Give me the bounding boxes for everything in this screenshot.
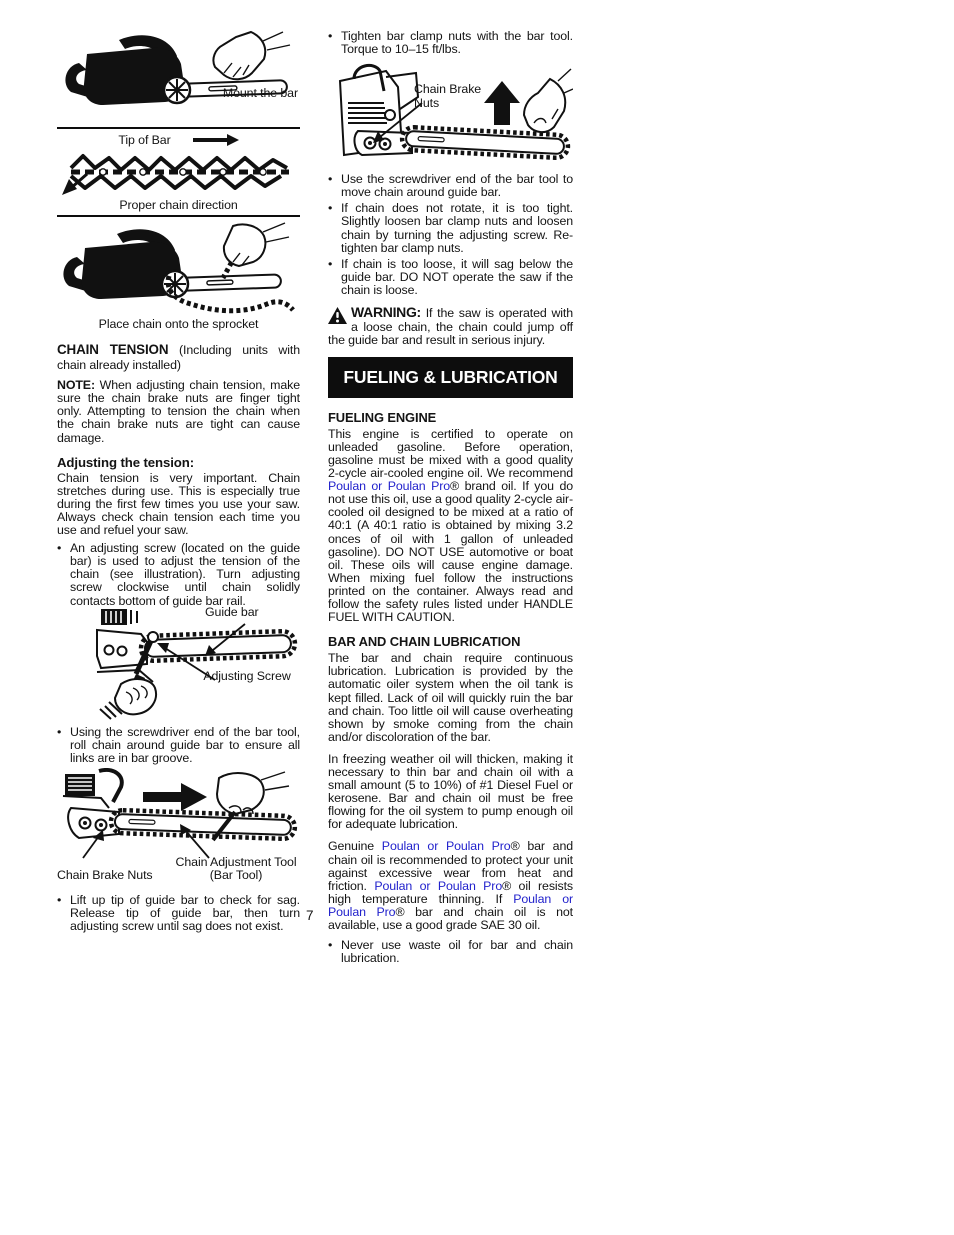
figure-bar-tool: Chain Brake Nuts Chain Adjustment Tool (…	[57, 768, 300, 888]
bullet-text: If chain does not rotate, it is too tigh…	[341, 202, 573, 254]
bar-chain-lubrication-heading: BAR AND CHAIN LUBRICATION	[328, 634, 573, 649]
bullet-marker: •	[328, 30, 341, 56]
bullet-text: If chain is too loose, it will sag below…	[341, 258, 573, 297]
divider	[57, 215, 300, 217]
bullet-marker: •	[328, 202, 341, 254]
text-segment: This engine is certified to operate on u…	[328, 427, 573, 480]
bar-tool-label: Chain Adjustment Tool (Bar Tool)	[171, 856, 301, 883]
bullet-item: • Never use waste oil for bar and chain …	[328, 939, 573, 965]
bullet-item: • Using the screwdriver end of the bar t…	[57, 726, 300, 765]
bullet-item: • Lift up tip of guide bar to check for …	[57, 894, 300, 933]
bullet-text: Use the screwdriver end of the bar tool …	[341, 173, 573, 199]
bullet-marker: •	[57, 542, 70, 607]
bullet-marker: •	[57, 894, 70, 933]
chain-tension-heading: CHAIN TENSION (Including units with chai…	[57, 343, 300, 372]
right-column: • Tighten bar clamp nuts with the bar to…	[328, 25, 573, 965]
bullet-text: Using the screwdriver end of the bar too…	[70, 726, 300, 765]
bullet-item: • An adjusting screw (located on the gui…	[57, 542, 300, 607]
figure-mount-bar: Mount the bar	[57, 28, 300, 124]
bullet-item: • Use the screwdriver end of the bar too…	[328, 173, 573, 199]
text-segment: Poulan or Poulan Pro	[374, 879, 502, 893]
guide-bar-illustration	[95, 608, 300, 720]
figure-place-chain: Place chain onto the sprocket	[57, 220, 300, 331]
genuine-oil-paragraph: Genuine Poulan or Poulan Pro® bar and ch…	[328, 840, 573, 932]
page-number: 7	[306, 908, 314, 923]
mount-bar-illustration	[57, 28, 300, 123]
place-chain-illustration	[57, 220, 300, 317]
chain-direction-caption: Proper chain direction	[57, 198, 300, 212]
bar-tool-illustration	[57, 768, 300, 860]
bullet-item: • Tighten bar clamp nuts with the bar to…	[328, 30, 573, 56]
bullet-marker: •	[328, 258, 341, 297]
bullet-text: Tighten bar clamp nuts with the bar tool…	[341, 30, 573, 56]
bar-chain-paragraph-1: The bar and chain require continuous lub…	[328, 652, 573, 744]
chain-brake-nuts-illustration	[328, 61, 573, 166]
bullet-text: Never use waste oil for bar and chain lu…	[341, 939, 573, 965]
bullet-text: An adjusting screw (located on the guide…	[70, 542, 300, 607]
warning-paragraph: WARNING: If the saw is operated with a l…	[328, 306, 573, 348]
figure-chain-brake-nuts: Chain Brake Nuts	[328, 61, 573, 168]
bullet-item: • If chain does not rotate, it is too ti…	[328, 202, 573, 254]
guide-bar-label: Guide bar	[205, 606, 259, 620]
tip-of-bar-label: Tip of Bar	[118, 133, 170, 147]
bullet-marker: •	[57, 726, 70, 765]
text-segment: NOTE:	[57, 378, 95, 392]
warning-text: WARNING: If the saw is operated with a l…	[328, 306, 573, 347]
text-segment: Poulan or Poulan Pro	[328, 479, 450, 493]
divider	[57, 127, 300, 129]
chain-brake-nuts-label: Chain Brake Nuts	[57, 869, 153, 883]
fueling-lubrication-banner: FUELING & LUBRICATION	[328, 357, 573, 398]
bar-chain-paragraph-2: In freezing weather oil will thicken, ma…	[328, 753, 573, 832]
right-arrow-icon	[193, 134, 239, 146]
place-chain-caption: Place chain onto the sprocket	[57, 317, 300, 331]
text-segment: CHAIN TENSION	[57, 342, 168, 357]
mount-bar-caption: Mount the bar	[223, 87, 298, 101]
fueling-engine-heading: FUELING ENGINE	[328, 410, 573, 425]
adjusting-screw-label: Adjusting Screw	[201, 670, 293, 684]
note-paragraph: NOTE: When adjusting chain tension, make…	[57, 379, 300, 444]
warning-icon	[328, 307, 347, 324]
bullet-item: • If chain is too loose, it will sag bel…	[328, 258, 573, 297]
figure-guide-bar: Guide bar Adjusting Screw	[95, 608, 300, 722]
chain-brake-nuts-label: Chain Brake Nuts	[414, 83, 496, 110]
bullet-text: Lift up tip of guide bar to check for sa…	[70, 894, 300, 933]
text-segment: WARNING:	[351, 304, 421, 320]
fueling-engine-paragraph: This engine is certified to operate on u…	[328, 428, 573, 624]
left-column: Mount the bar Tip of Bar	[57, 25, 300, 933]
manual-page: Mount the bar Tip of Bar	[0, 0, 954, 1235]
adjusting-tension-paragraph: Chain tension is very important. Chain s…	[57, 472, 300, 537]
bullet-marker: •	[328, 173, 341, 199]
figure-chain-direction: Tip of Bar Proper chain direction	[57, 133, 300, 212]
text-segment: Poulan or Poulan Pro	[382, 839, 511, 853]
text-segment: ® brand oil. If you do not use this oil,…	[328, 479, 573, 624]
text-segment: Genuine	[328, 839, 382, 853]
bullet-marker: •	[328, 939, 341, 965]
chain-illustration	[57, 148, 300, 198]
adjusting-tension-heading: Adjusting the tension:	[57, 455, 300, 470]
